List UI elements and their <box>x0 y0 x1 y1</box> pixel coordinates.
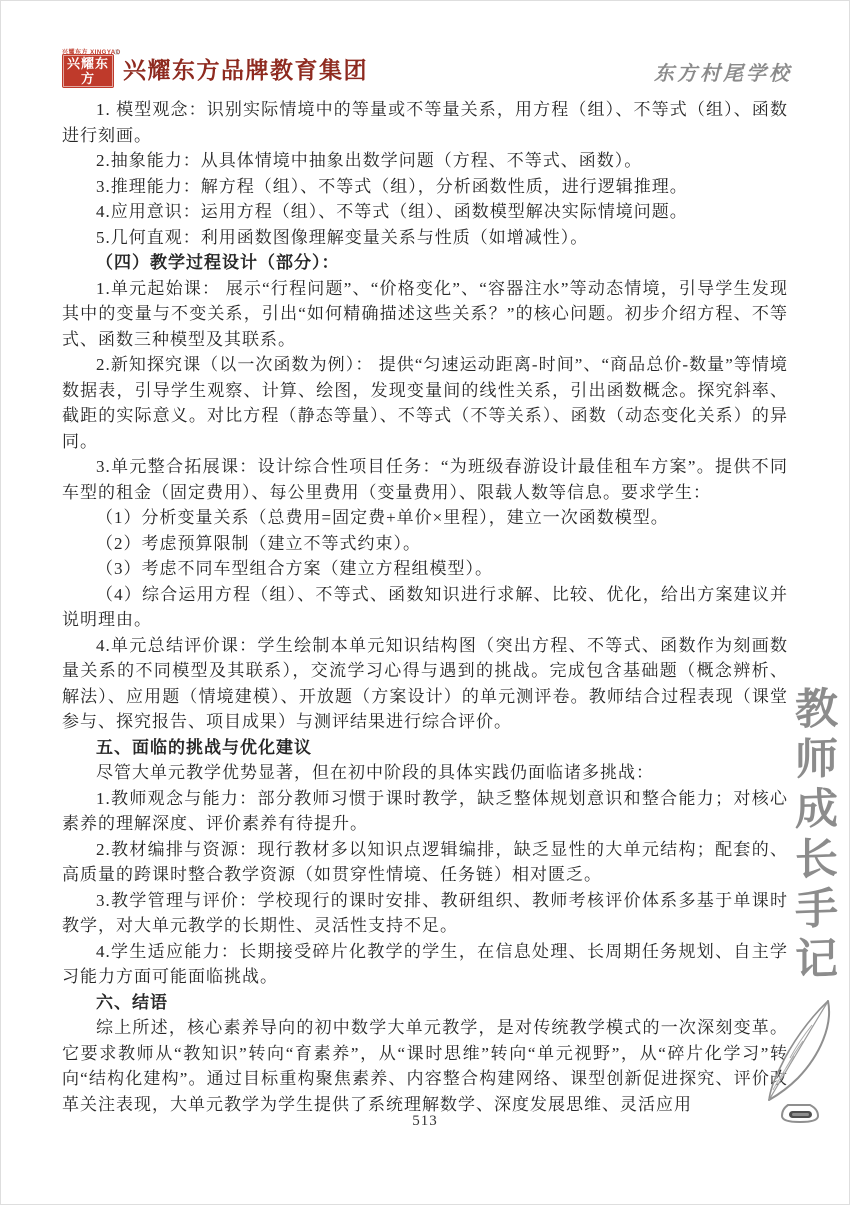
seal-top-label: 兴耀东方 XINGYAO <box>62 46 121 61</box>
side-note-calligraphy: 教师成长手记 <box>788 685 836 992</box>
paragraph: 2.新知探究课（以一次函数为例）： 提供“匀速运动距离-时间”、“商品总价-数量… <box>62 352 788 454</box>
document-page: 兴耀东方 XINGYAO ® 兴耀东方 兴耀东方品牌教育集团 东方村尾学校 1.… <box>0 0 850 1205</box>
registered-mark: ® <box>114 45 121 60</box>
paragraph: （3）考虑不同车型组合方案（建立方程组模型）。 <box>62 556 788 582</box>
paragraph: 3.单元整合拓展课：设计综合性项目任务：“为班级春游设计最佳租车方案”。提供不同… <box>62 454 788 505</box>
document-body: 1. 模型观念：识别实际情境中的等量或不等量关系，用方程（组）、不等式（组）、函… <box>62 97 788 1117</box>
paragraph: 5.几何直观：利用函数图像理解变量关系与性质（如增减性）。 <box>62 225 788 251</box>
paragraph: （4）综合运用方程（组）、不等式、函数知识进行求解、比较、优化，给出方案建议并说… <box>62 582 788 633</box>
page-number: 513 <box>0 1113 850 1130</box>
paragraph: 1.教师观念与能力：部分教师习惯于课时教学，缺乏整体规划意识和整合能力；对核心素… <box>62 786 788 837</box>
paragraph: （2）考虑预算限制（建立不等式约束）。 <box>62 531 788 557</box>
paragraph: 尽管大单元教学优势显著，但在初中阶段的具体实践仍面临诸多挑战： <box>62 760 788 786</box>
paragraph: 1.单元起始课： 展示“行程问题”、“价格变化”、“容器注水”等动态情境，引导学… <box>62 276 788 353</box>
paragraph: 4.应用意识：运用方程（组）、不等式（组）、函数模型解决实际情境问题。 <box>62 199 788 225</box>
brand-seal-icon: 兴耀东方 XINGYAO ® 兴耀东方 <box>62 54 114 88</box>
paragraph: 综上所述，核心素养导向的初中数学大单元教学，是对传统教学模式的一次深刻变革。它要… <box>62 1015 788 1117</box>
paragraph: （1）分析变量关系（总费用=固定费+单价×里程），建立一次函数模型。 <box>62 505 788 531</box>
paragraph: 1. 模型观念：识别实际情境中的等量或不等量关系，用方程（组）、不等式（组）、函… <box>62 97 788 148</box>
section-heading: （四）教学过程设计（部分）： <box>62 250 788 276</box>
paragraph: 2.教材编排与资源：现行教材多以知识点逻辑编排，缺乏显性的大单元结构；配套的、高… <box>62 837 788 888</box>
page-header: 兴耀东方 XINGYAO ® 兴耀东方 兴耀东方品牌教育集团 东方村尾学校 <box>62 48 792 94</box>
paragraph: 3.推理能力：解方程（组）、不等式（组），分析函数性质，进行逻辑推理。 <box>62 174 788 200</box>
paragraph: 4.单元总结评价课：学生绘制本单元知识结构图（突出方程、不等式、函数作为刻画数量… <box>62 633 788 735</box>
quill-and-ink-icon <box>756 998 844 1128</box>
brand-logo: 兴耀东方 XINGYAO ® 兴耀东方 兴耀东方品牌教育集团 <box>62 54 368 88</box>
brand-name: 兴耀东方品牌教育集团 <box>123 54 368 88</box>
paragraph: 2.抽象能力：从具体情境中抽象出数学问题（方程、不等式、函数）。 <box>62 148 788 174</box>
section-heading: 六、结语 <box>62 990 788 1016</box>
paragraph: 4.学生适应能力：长期接受碎片化教学的学生，在信息处理、长周期任务规划、自主学习… <box>62 939 788 990</box>
paragraph: 3.教学管理与评价：学校现行的课时安排、教研组织、教师考核评价体系多基于单课时教… <box>62 888 788 939</box>
section-heading: 五、面临的挑战与优化建议 <box>62 735 788 761</box>
school-name: 东方村尾学校 <box>654 57 792 86</box>
